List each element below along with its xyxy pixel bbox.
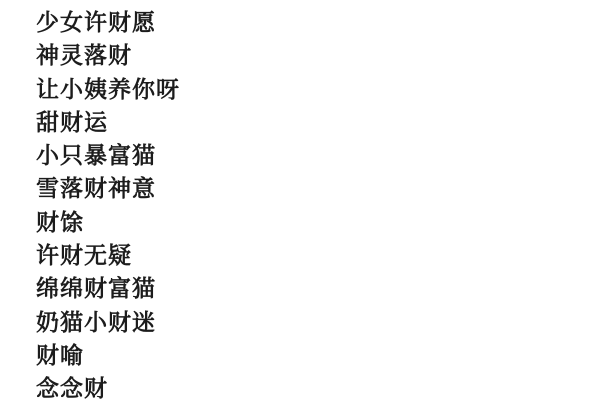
- list-item: 少女许财愿: [36, 6, 600, 39]
- list-item: 神灵落财: [36, 39, 600, 72]
- list-item: 财馀: [36, 206, 600, 239]
- list-item: 雪落财神意: [36, 172, 600, 205]
- name-list: 少女许财愿 神灵落财 让小姨养你呀 甜财运 小只暴富猫 雪落财神意 财馀 许财无…: [0, 0, 600, 400]
- list-item: 小只暴富猫: [36, 139, 600, 172]
- list-item: 奶猫小财迷: [36, 306, 600, 339]
- list-item: 让小姨养你呀: [36, 73, 600, 106]
- list-item: 甜财运: [36, 106, 600, 139]
- list-item: 念念财: [36, 372, 600, 400]
- list-item: 财喻: [36, 339, 600, 372]
- list-item: 绵绵财富猫: [36, 272, 600, 305]
- list-item: 许财无疑: [36, 239, 600, 272]
